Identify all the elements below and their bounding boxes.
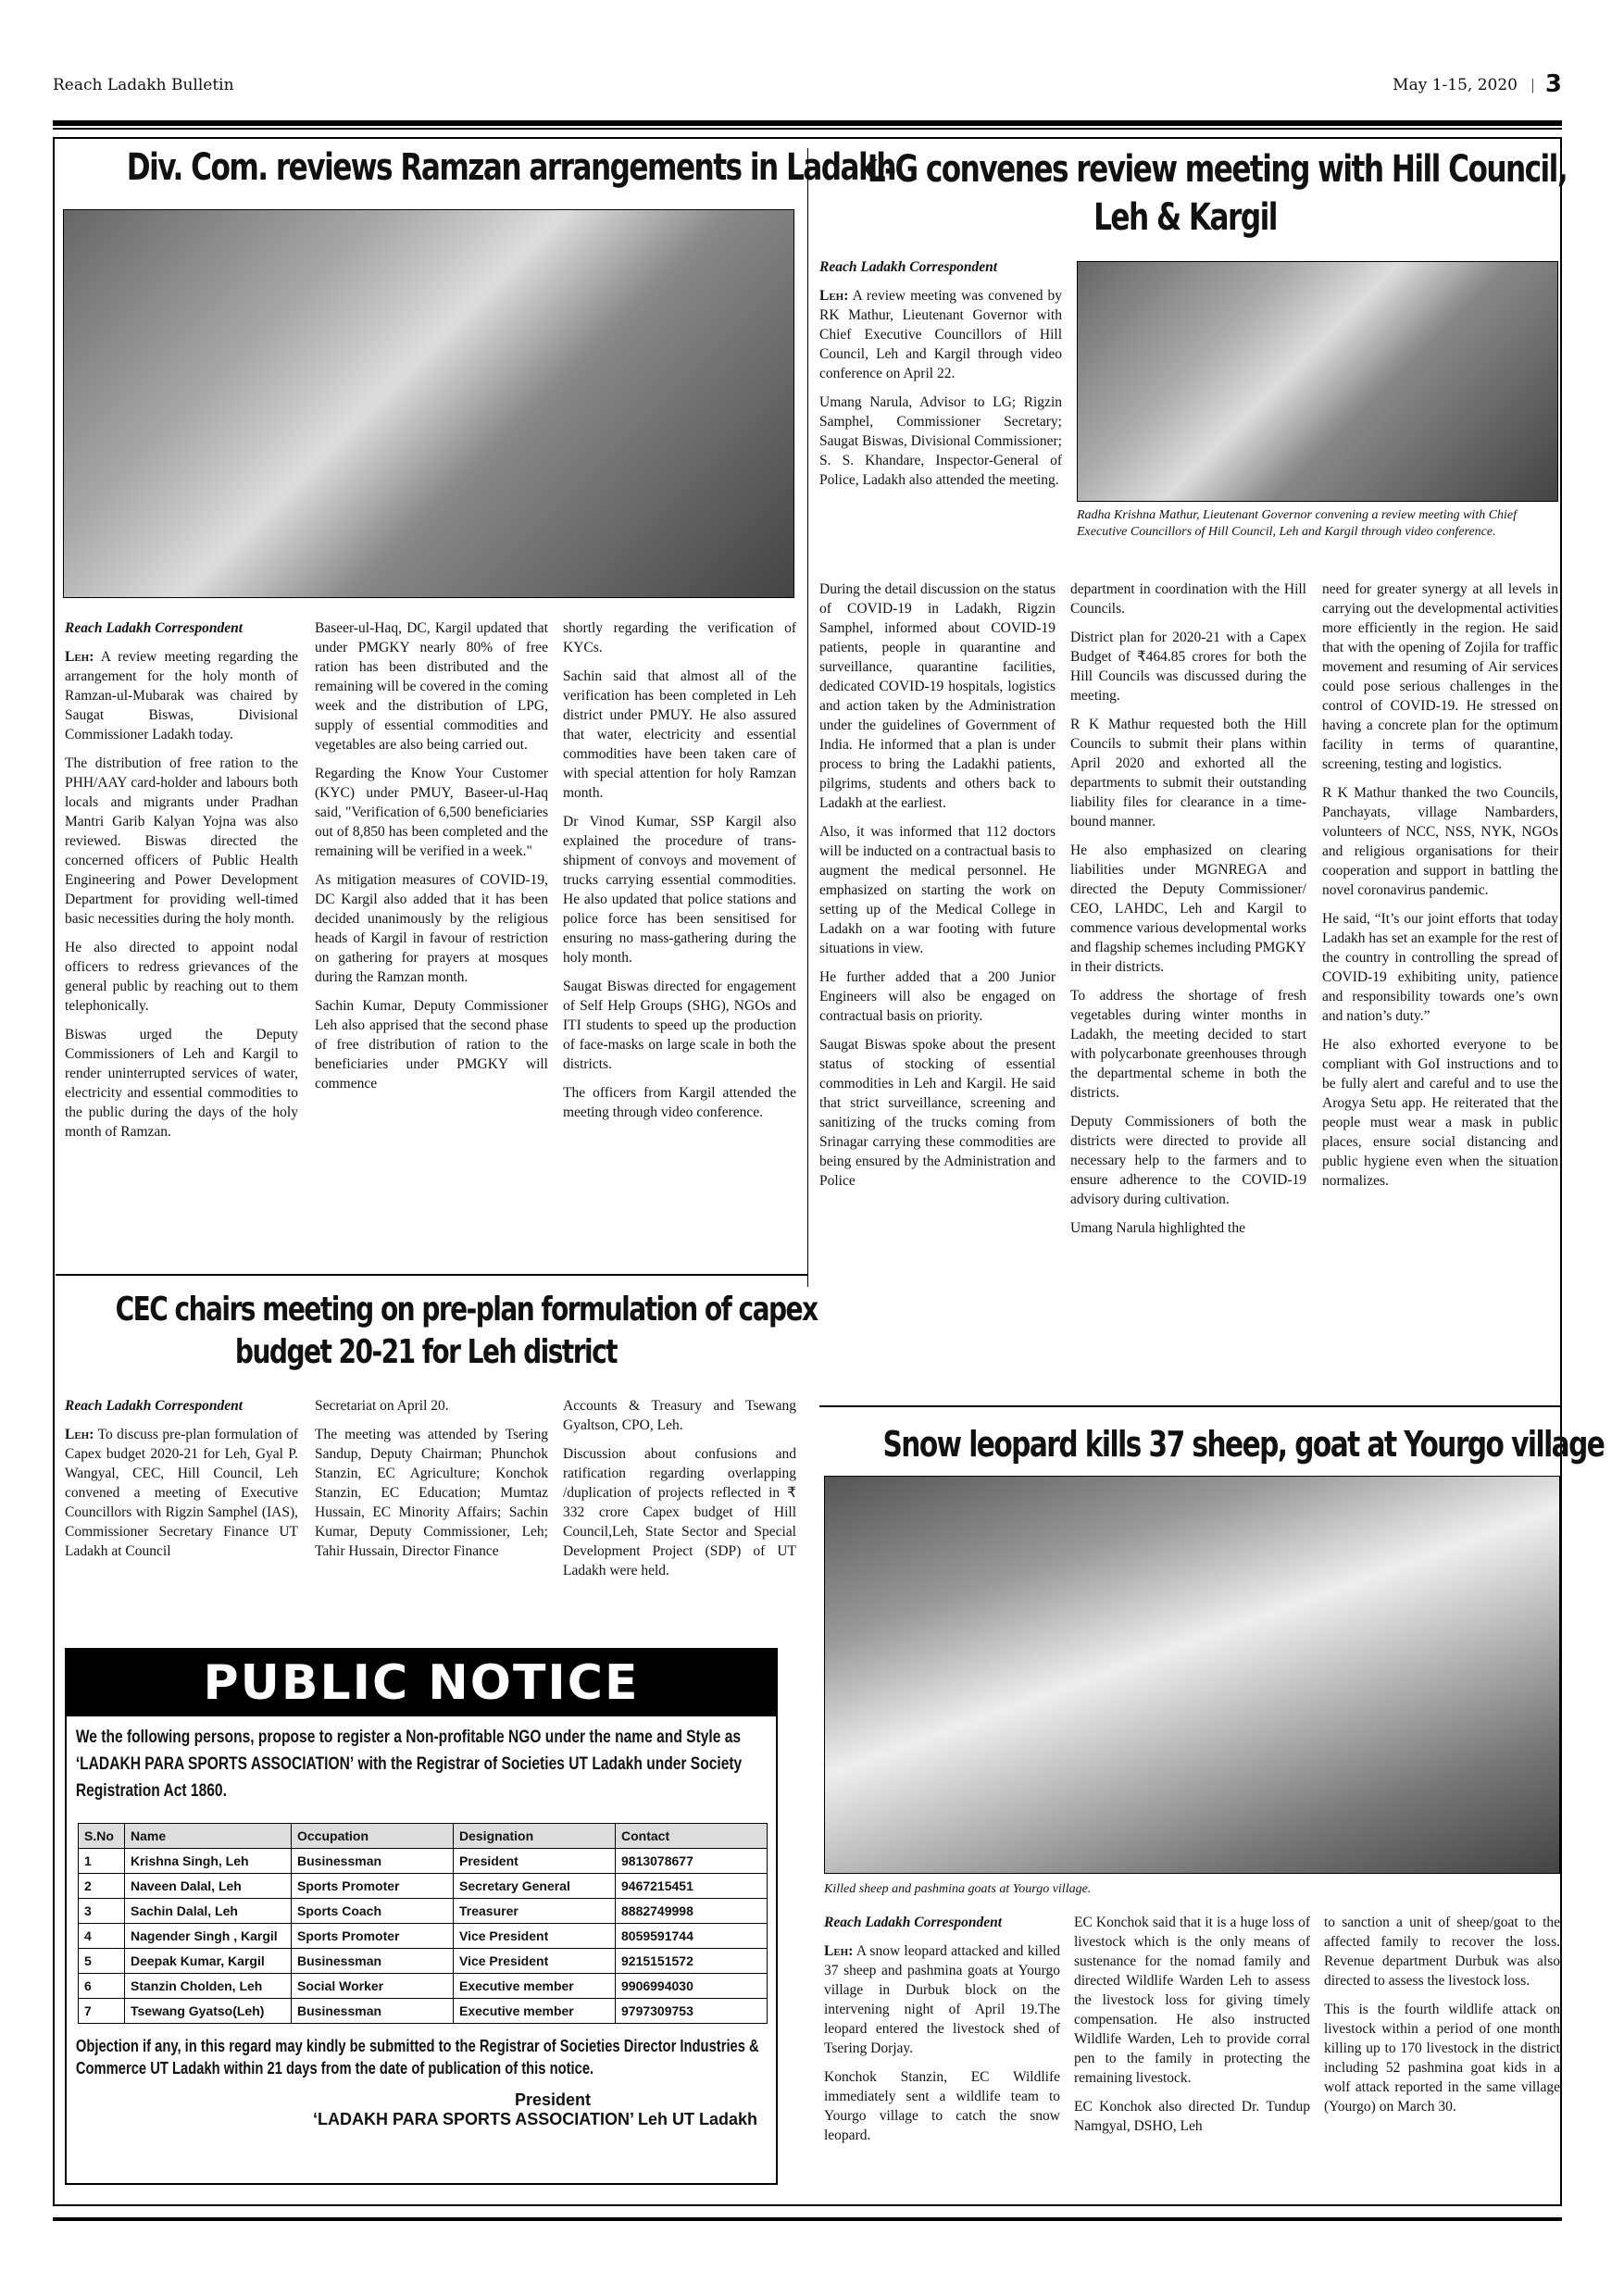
table-row: 7Tsewang Gyatso(Leh)BusinessmanExecutive… (79, 1999, 768, 2024)
lg-col3: need for greater synergy at all levels i… (1322, 580, 1558, 1200)
photo-caption-lg: Radha Krishna Mathur, Lieutenant Governo… (1077, 507, 1558, 541)
separator: | (1531, 76, 1534, 94)
header-rule (53, 120, 1562, 126)
column-divider (807, 148, 808, 1287)
lg-intro: Reach Ladakh Correspondent Leh: A review… (819, 257, 1062, 499)
headline-lg-line1: L-G convenes review meeting with Hill Co… (868, 148, 1503, 191)
notice-intro: We the following persons, propose to reg… (67, 1716, 776, 1812)
cec-col1: Reach Ladakh Correspondent Leh: To discu… (65, 1396, 298, 1570)
leopard-col2: EC Konchok said that it is a huge loss o… (1074, 1913, 1310, 2145)
photo-meeting-ramzan (63, 209, 794, 598)
photo-lg-meeting (1077, 261, 1558, 502)
headline-cec-line1: CEC chairs meeting on pre-plan formulati… (116, 1291, 737, 1329)
section-rule (56, 1274, 807, 1276)
members-table: S.No Name Occupation Designation Contact… (78, 1823, 768, 2024)
header-rule-thin (53, 128, 1562, 130)
leopard-col1: Reach Ladakh Correspondent Leh: A snow l… (824, 1913, 1060, 2154)
table-row: 5Deepak Kumar, KargilBusinessmanVice Pre… (79, 1949, 768, 1974)
ramzan-col2: Baseer-ul-Haq, DC, Kargil updated that u… (315, 618, 548, 1103)
headline-cec-line2: budget 20-21 for Leh district (116, 1333, 737, 1371)
table-row: 4Nagender Singh , KargilSports PromoterV… (79, 1924, 768, 1949)
notice-title: PUBLIC NOTICE (67, 1650, 776, 1716)
publication-name: Reach Ladakh Bulletin (53, 76, 234, 94)
table-row: 1Krishna Singh, LehBusinessmanPresident9… (79, 1849, 768, 1874)
table-row: 2Naveen Dalal, LehSports PromoterSecreta… (79, 1874, 768, 1899)
notice-association: ‘LADAKH PARA SPORTS ASSOCIATION’ Leh UT … (67, 2110, 776, 2129)
footer-rule (53, 2217, 1562, 2221)
section-rule (819, 1405, 1560, 1407)
headline-ramzan: Div. Com. reviews Ramzan arrangements in… (127, 146, 762, 189)
cec-col2: Secretariat on April 20. The meeting was… (315, 1396, 548, 1570)
headline-lg-line2: Leh & Kargil (868, 196, 1503, 239)
lg-col2: department in coordination with the Hill… (1070, 580, 1306, 1247)
table-row: 3Sachin Dalal, LehSports CoachTreasurer8… (79, 1899, 768, 1924)
page-header: Reach Ladakh Bulletin May 1-15, 2020 | 3 (53, 67, 1562, 122)
table-row: 6Stanzin Cholden, LehSocial WorkerExecut… (79, 1974, 768, 1999)
notice-objection: Objection if any, in this regard may kin… (67, 2024, 776, 2090)
dateline: Leh: (65, 649, 94, 665)
photo-killed-sheep (824, 1476, 1560, 1874)
page-number: 3 (1545, 70, 1562, 98)
public-notice: PUBLIC NOTICE We the following persons, … (65, 1648, 778, 2185)
notice-signoff: President (67, 2090, 776, 2110)
cec-col3: Accounts & Treasury and Tsewang Gyaltson… (563, 1396, 796, 1590)
byline: Reach Ladakh Correspondent (65, 618, 298, 638)
ramzan-col1: Reach Ladakh Correspondent Leh: A review… (65, 618, 298, 1151)
table-header-row: S.No Name Occupation Designation Contact (79, 1824, 768, 1849)
leopard-col3: to sanction a unit of sheep/goat to the … (1324, 1913, 1560, 2126)
headline-snow-leopard: Snow leopard kills 37 sheep, goat at You… (883, 1424, 1497, 1465)
issue-date: May 1-15, 2020 (1393, 76, 1518, 94)
ramzan-col3: shortly regarding the verification of KY… (563, 618, 796, 1131)
photo-caption-sheep: Killed sheep and pashmina goats at Yourg… (824, 1881, 1560, 1898)
lg-col1: During the detail discussion on the stat… (819, 580, 1056, 1200)
